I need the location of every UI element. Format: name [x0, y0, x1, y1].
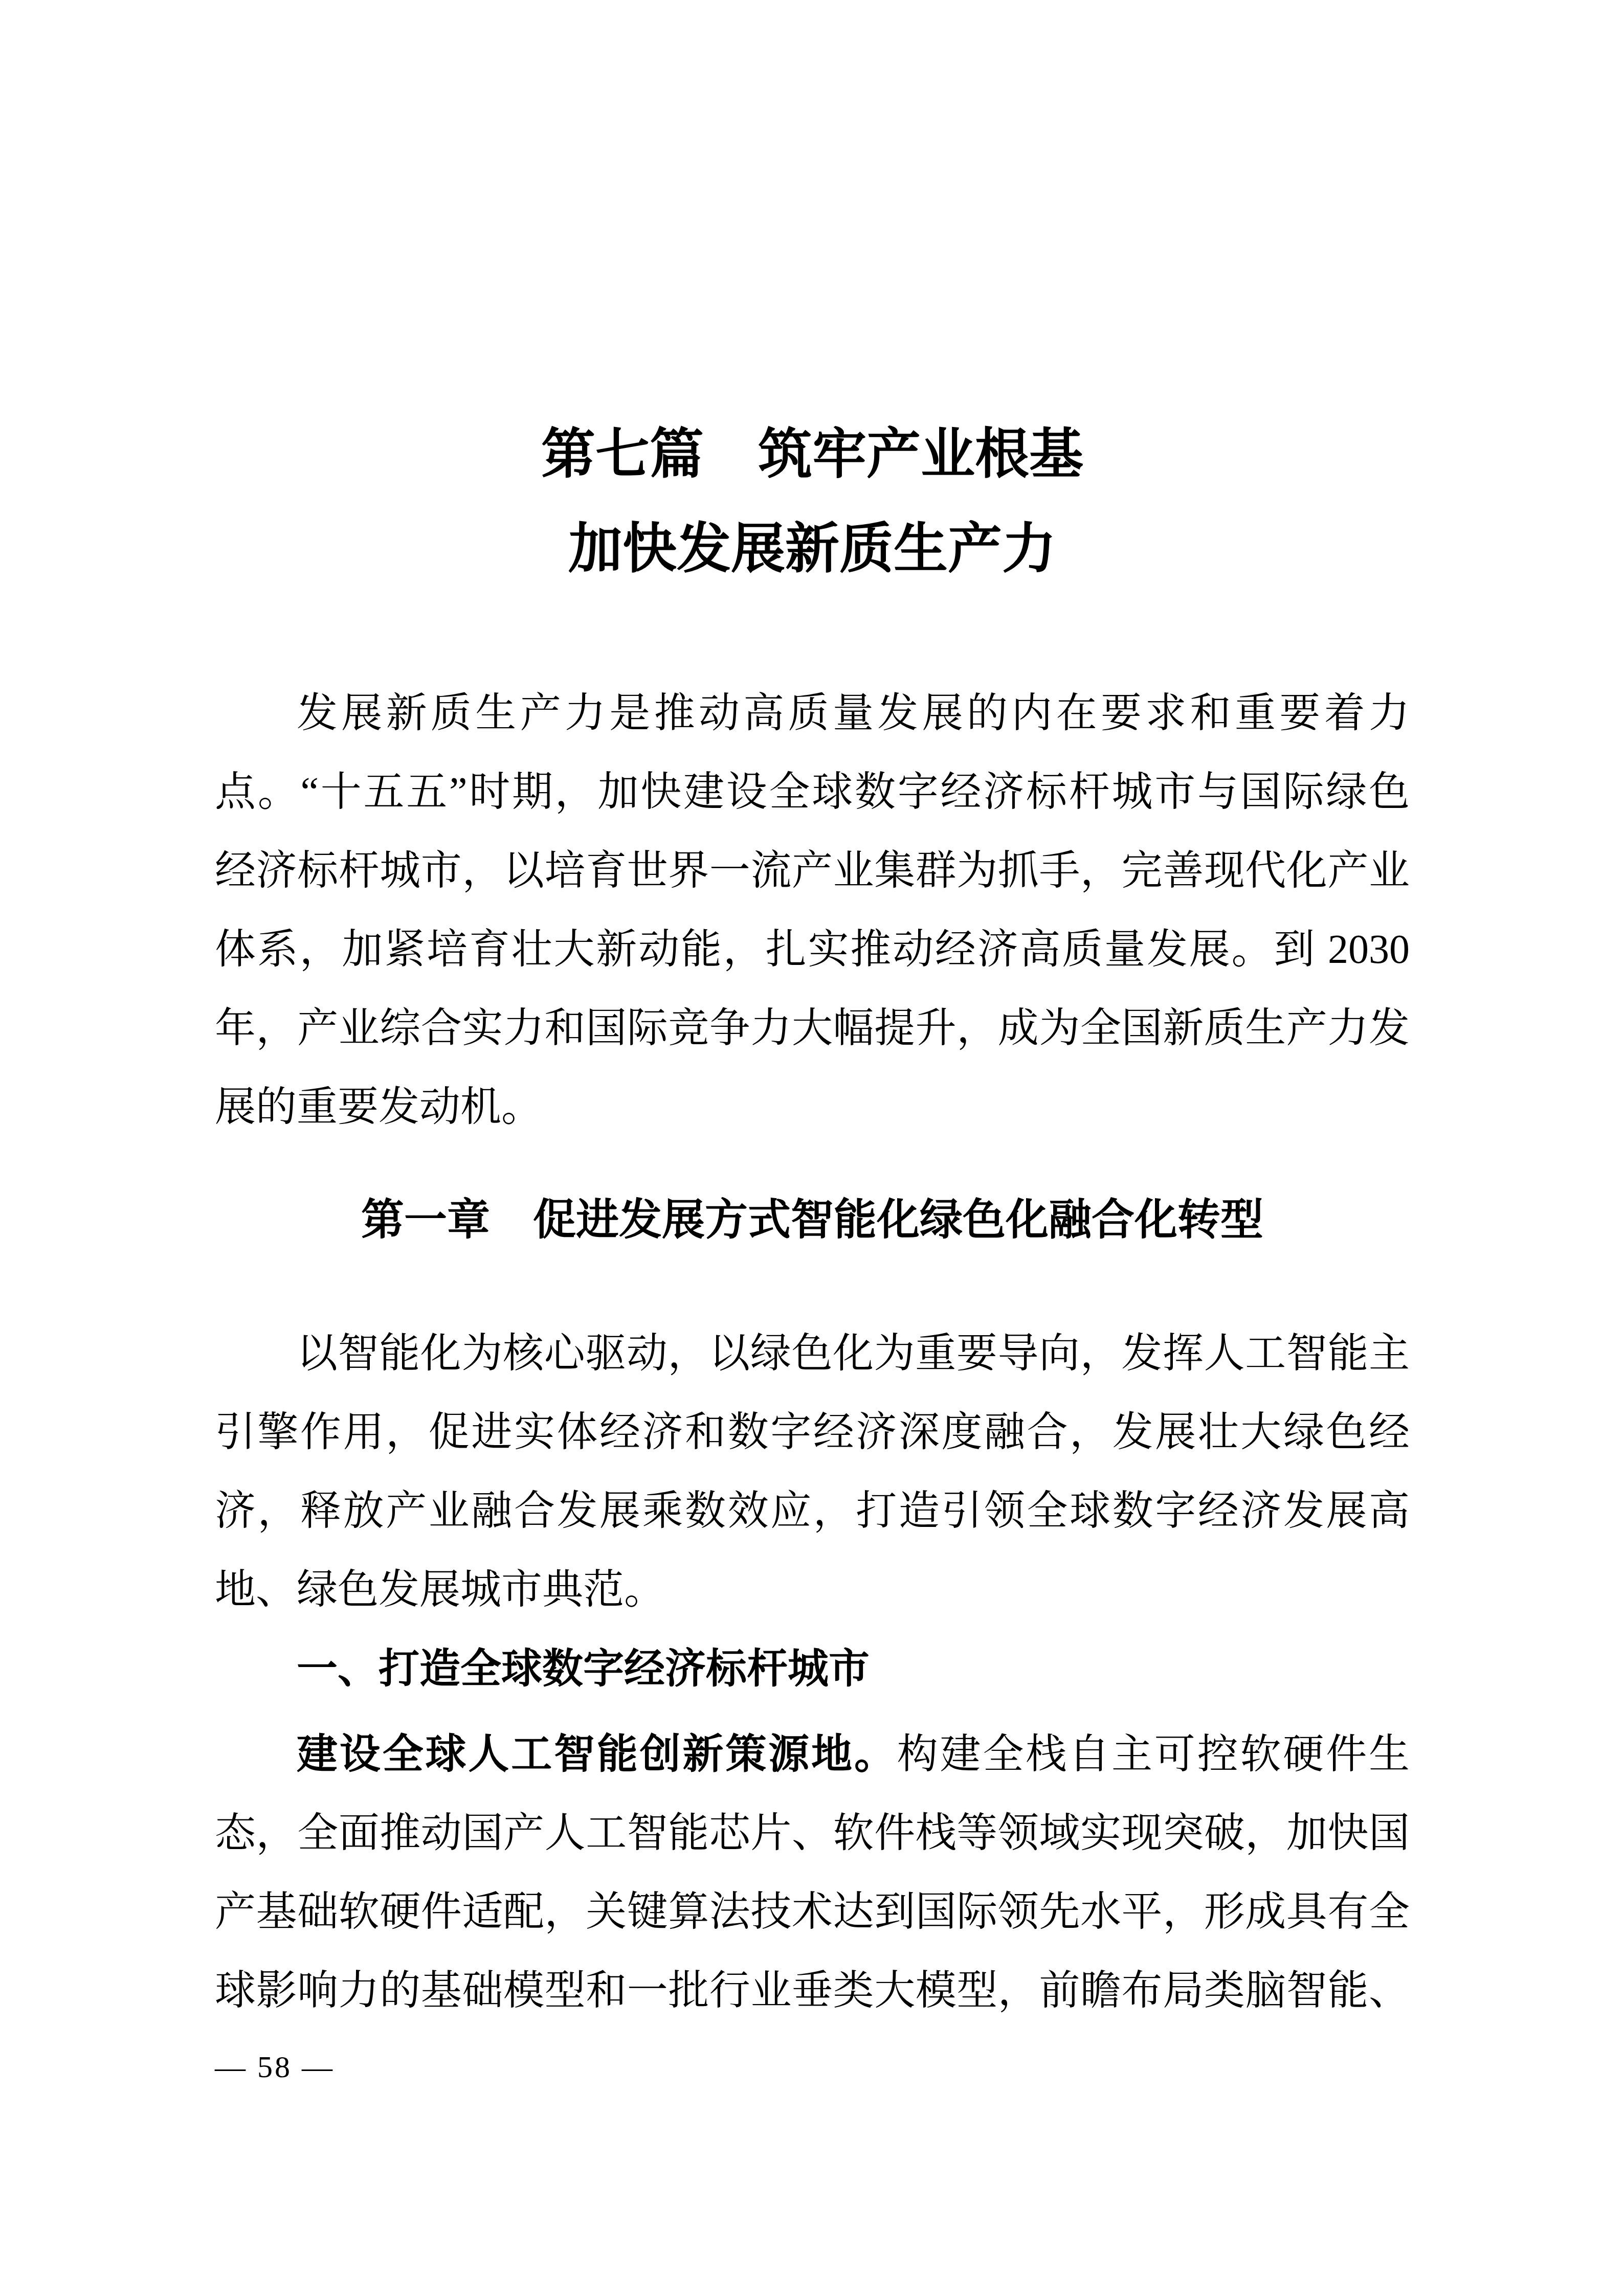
text-line: 以智能化为核心驱动，以绿色化为重要导向，发挥人工智能主 [215, 1314, 1410, 1393]
text-line: 地、绿色发展城市典范。 [215, 1550, 1410, 1629]
text-line: 经济标杆城市，以培育世界一流产业集群为抓手，完善现代化产业 [215, 831, 1410, 910]
chapter-heading: 第一章 促进发展方式智能化绿色化融合化转型 [215, 1179, 1410, 1260]
chapter-paragraph: 以智能化为核心驱动，以绿色化为重要导向，发挥人工智能主 引擎作用，促进实体经济和… [215, 1314, 1410, 1629]
section-paragraph: 建设全球人工智能创新策源地。构建全栈自主可控软硬件生 态，全面推动国产人工智能芯… [215, 1715, 1410, 2030]
text-line: 体系，加紧培育壮大新动能，扎实推动经济高质量发展。到 2030 [215, 910, 1410, 989]
document-page: 第七篇 筑牢产业根基 加快发展新质生产力 发展新质生产力是推动高质量发展的内在要… [0, 0, 1624, 2296]
text-line: 发展新质生产力是推动高质量发展的内在要求和重要着力 [215, 674, 1410, 753]
bold-lead-sentence: 建设全球人工智能创新策源地。 [297, 1731, 897, 1776]
lead-line-rest: 构建全栈自主可控软硬件生 [897, 1732, 1410, 1777]
text-line: 年，产业综合实力和国际竞争力大幅提升，成为全国新质生产力发 [215, 989, 1410, 1068]
part-title: 第七篇 筑牢产业根基 加快发展新质生产力 [215, 407, 1410, 596]
intro-paragraph: 发展新质生产力是推动高质量发展的内在要求和重要着力 点。“十五五”时期，加快建设… [215, 674, 1410, 1146]
part-title-line-1: 第七篇 筑牢产业根基 [215, 407, 1410, 502]
text-line: 球影响力的基础模型和一批行业垂类大模型，前瞻布局类脑智能、 [215, 1951, 1410, 2030]
text-line: 态，全面推动国产人工智能芯片、软件栈等领域实现突破，加快国 [215, 1794, 1410, 1873]
text-line: 展的重要发动机。 [215, 1068, 1410, 1146]
section-heading: 一、打造全球数字经济标杆城市 [215, 1628, 1410, 1709]
text-line: 产基础软硬件适配，关键算法技术达到国际领先水平，形成具有全 [215, 1873, 1410, 1951]
text-line: 引擎作用，促进实体经济和数字经济深度融合，发展壮大绿色经 [215, 1393, 1410, 1472]
part-title-line-2: 加快发展新质生产力 [215, 502, 1410, 596]
text-line: 建设全球人工智能创新策源地。构建全栈自主可控软硬件生 [215, 1715, 1410, 1794]
page-number: — 58 — [215, 2048, 335, 2086]
text-line: 济，释放产业融合发展乘数效应，打造引领全球数字经济发展高 [215, 1472, 1410, 1550]
text-line: 点。“十五五”时期，加快建设全球数字经济标杆城市与国际绿色 [215, 753, 1410, 831]
